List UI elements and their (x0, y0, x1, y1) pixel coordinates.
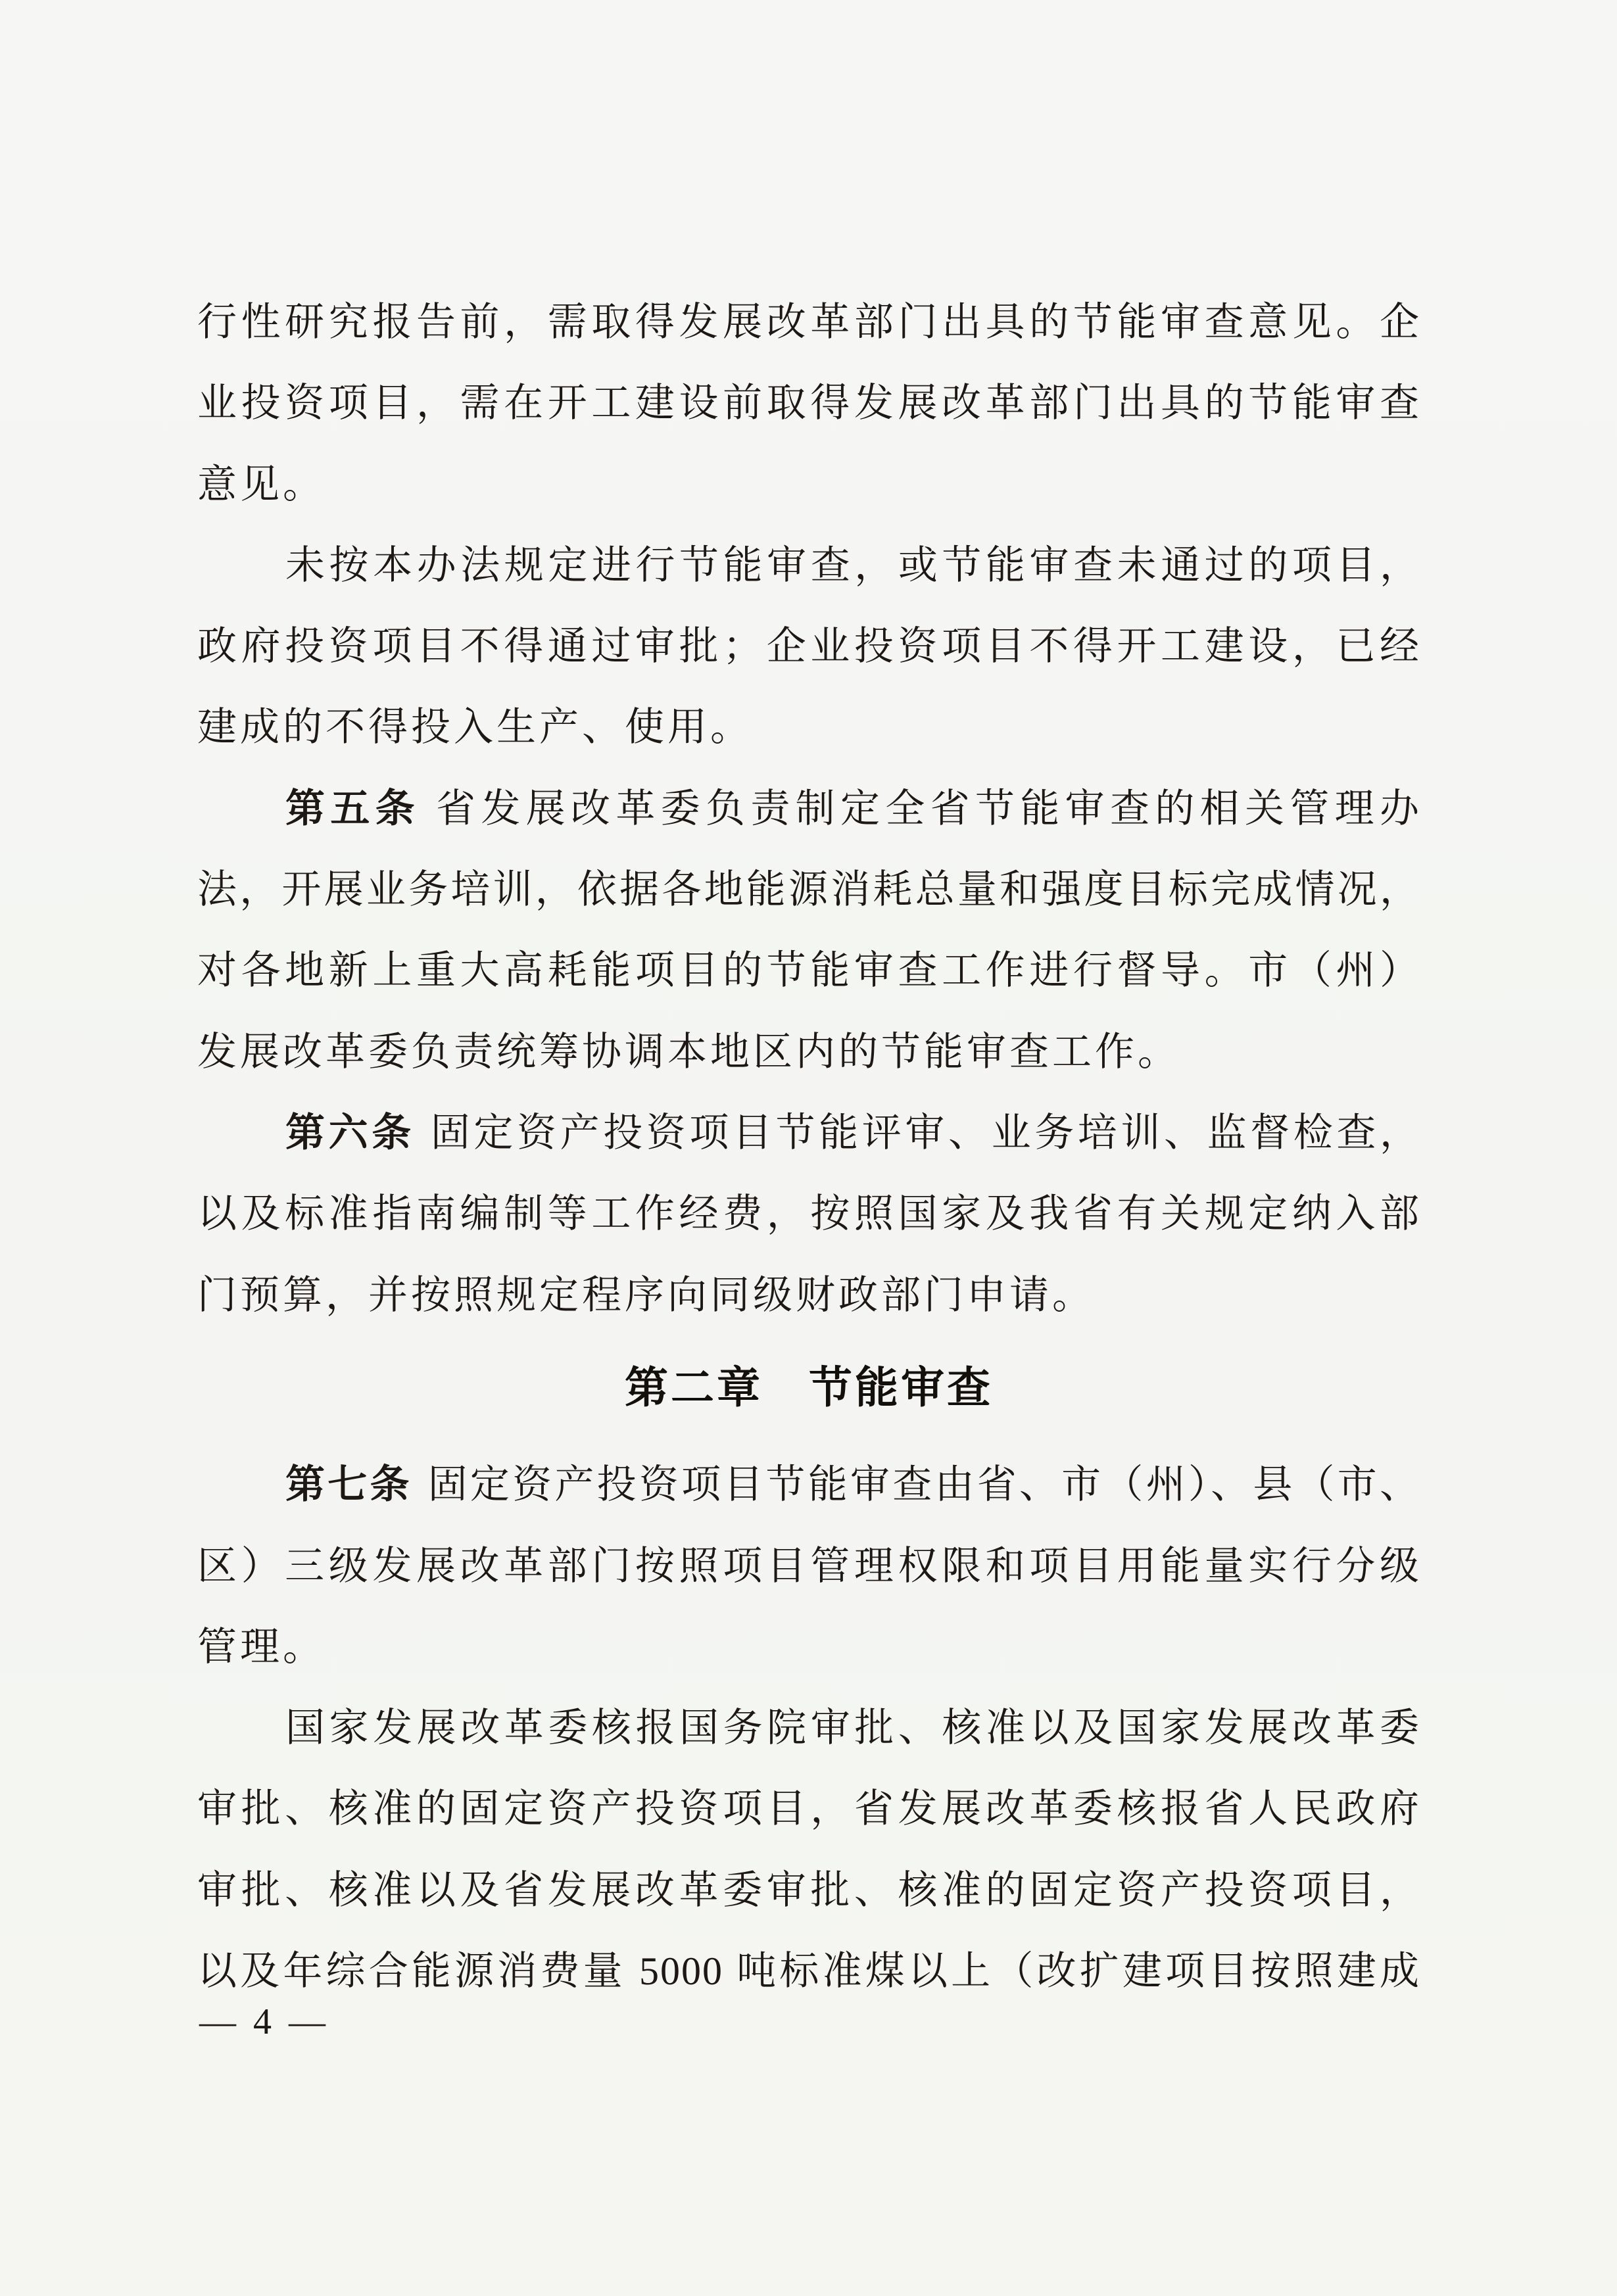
text-line: 行性研究报告前，需取得发展改革部门出具的节能审查意见。企 (197, 297, 1420, 347)
article-number: 第六条 (285, 1111, 415, 1155)
text-line: 建成的不得投入生产、使用。 (197, 702, 1420, 752)
text-line: 以及标准指南编制等工作经费，按照国家及我省有关规定纳入部 (197, 1189, 1420, 1239)
text-line: 第五条省发展改革委负责制定全省节能审查的相关管理办 (197, 784, 1420, 834)
document-page: 行性研究报告前，需取得发展改革部门出具的节能审查意见。企业投资项目，需在开工建设… (0, 0, 1617, 2296)
text-line-content: 固定资产投资项目节能审查由省、市（州）、县（市、 (428, 1463, 1420, 1506)
text-line: 业投资项目，需在开工建设前取得发展改革部门出具的节能审查 (197, 378, 1420, 428)
text-line-content: 固定资产投资项目节能评审、业务培训、监督检查， (431, 1111, 1420, 1155)
text-line: 政府投资项目不得通过审批；企业投资项目不得开工建设，已经 (197, 621, 1420, 671)
text-line: 发展改革委负责统筹协调本地区内的节能审查工作。 (197, 1027, 1420, 1077)
page-number: — 4 — (199, 1997, 329, 2047)
text-line: 未按本办法规定进行节能审查，或节能审查未通过的项目， (197, 540, 1420, 590)
text-line: 对各地新上重大高耗能项目的节能审查工作进行督导。市（州） (197, 945, 1420, 995)
text-line-content: 省发展改革委负责制定全省节能审查的相关管理办 (436, 787, 1420, 830)
article-number: 第五条 (285, 786, 420, 830)
text-line: 意见。 (197, 460, 1420, 510)
text-line: 以及年综合能源消费量 5000 吨标准煤以上（改扩建项目按照建成 (197, 1946, 1420, 1996)
text-line: 第六条固定资产投资项目节能评审、业务培训、监督检查， (197, 1108, 1420, 1158)
text-line: 国家发展改革委核报国务院审批、核准以及国家发展改革委 (197, 1703, 1420, 1753)
text-line: 审批、核准以及省发展改革委审批、核准的固定资产投资项目， (197, 1865, 1420, 1915)
article-number: 第七条 (285, 1462, 412, 1506)
text-line: 管理。 (197, 1622, 1420, 1672)
text-line: 门预算，并按照规定程序向同级财政部门申请。 (197, 1270, 1420, 1320)
chapter-heading: 第二章 节能审查 (197, 1361, 1420, 1414)
text-line: 第七条固定资产投资项目节能审查由省、市（州）、县（市、 (197, 1460, 1420, 1510)
text-line: 法，开展业务培训，依据各地能源消耗总量和强度目标完成情况， (197, 865, 1420, 915)
text-line: 审批、核准的固定资产投资项目，省发展改革委核报省人民政府 (197, 1784, 1420, 1834)
text-line: 区）三级发展改革部门按照项目管理权限和项目用能量实行分级 (197, 1541, 1420, 1591)
